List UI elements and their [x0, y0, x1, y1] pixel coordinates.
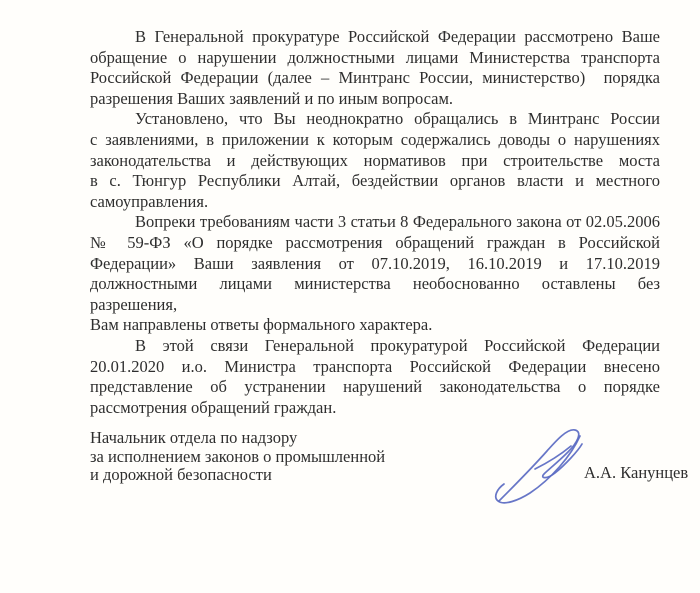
text-line: должностными лицами министерства необосн… [90, 274, 660, 315]
signer-title-line: и дорожной безопасности [90, 466, 450, 485]
signature-block: Начальник отдела по надзору за исполнени… [90, 429, 450, 485]
letter-page: В Генеральной прокуратуре Российской Фед… [0, 0, 700, 593]
text-line: 20.01.2020 и.о. Министра транспорта Росс… [90, 357, 660, 378]
text-line: № 59-ФЗ «О порядке рассмотрения обращени… [90, 233, 660, 254]
text-line: с заявлениями, в приложении к которым со… [90, 130, 660, 151]
text-line: рассмотрения обращений граждан. [90, 398, 660, 419]
letter-body: В Генеральной прокуратуре Российской Фед… [90, 27, 660, 418]
text-line: обращение о нарушении должностными лицам… [90, 48, 660, 69]
text-line: законодательства и действующих нормативо… [90, 151, 660, 172]
text-line: В Генеральной прокуратуре Российской Фед… [90, 27, 660, 48]
text-line: Российской Федерации (далее – Минтранс Р… [90, 68, 660, 89]
text-line: Вопреки требованиям части 3 статьи 8 Фед… [90, 212, 660, 233]
text-line: в с. Тюнгур Республики Алтай, бездействи… [90, 171, 660, 192]
signer-title-line: Начальник отдела по надзору [90, 429, 450, 448]
text-line: В этой связи Генеральной прокуратурой Ро… [90, 336, 660, 357]
text-line: Вам направлены ответы формального характ… [90, 315, 660, 336]
signer-name: А.А. Канунцев [584, 463, 688, 483]
text-line: Федерации» Ваши заявления от 07.10.2019,… [90, 254, 660, 275]
signer-title-line: за исполнением законов о промышленной [90, 448, 450, 467]
text-line: представление об устранении нарушений за… [90, 377, 660, 398]
text-line: разрешения Ваших заявлений и по иным воп… [90, 89, 660, 110]
text-line: Установлено, что Вы неоднократно обращал… [90, 109, 660, 130]
signature-stroke-tail [496, 436, 580, 503]
text-line: самоуправления. [90, 192, 660, 213]
